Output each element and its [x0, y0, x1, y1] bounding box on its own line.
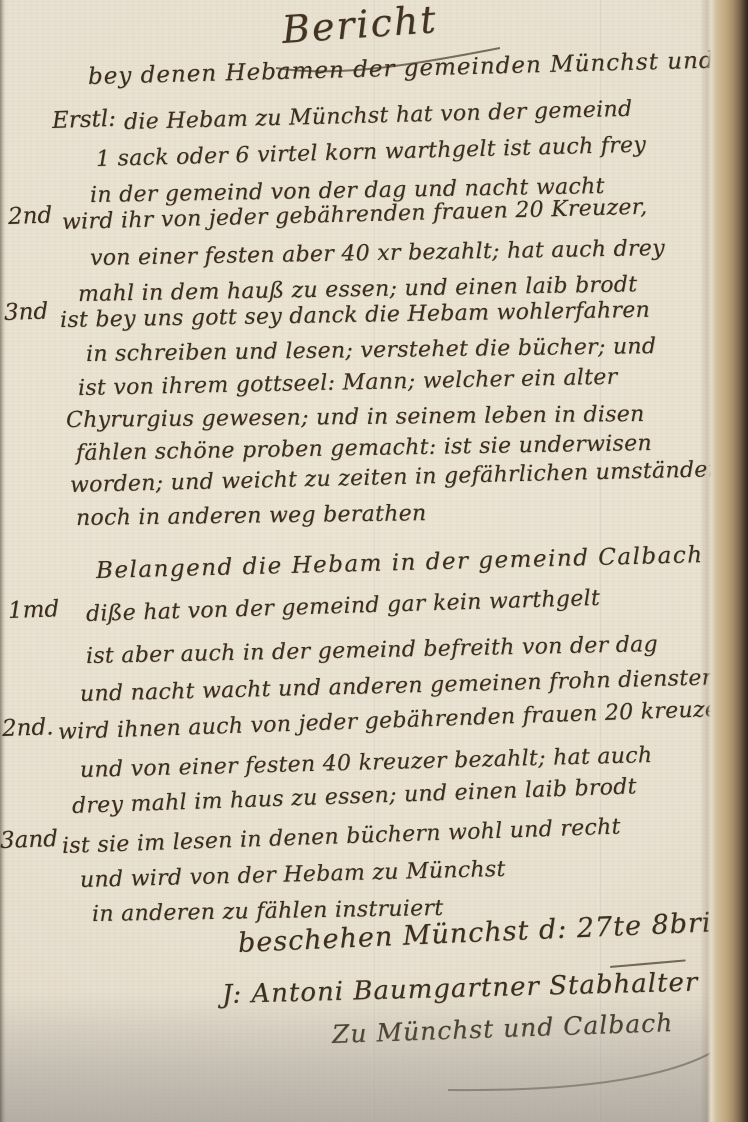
manuscript-line: ist aber auch in der gemeind befreith vo…	[86, 632, 658, 669]
margin-marker-tertio: 3nd	[4, 298, 49, 326]
manuscript-line: ist von ihrem gottseel: Mann; welcher ei…	[78, 365, 618, 401]
section-heading-calbach: Belangend die Hebam in der gemeind Calba…	[96, 542, 704, 584]
manuscript-line: von einer festen aber 40 xr bezahlt; hat…	[90, 236, 665, 271]
intro-line: bey denen Hebamen der gemeinden Münchst …	[88, 45, 748, 90]
book-page-edges	[700, 0, 748, 1122]
signature-name: J: Antoni Baumgartner Stabhalter	[222, 968, 699, 1010]
manuscript-line: und wird von der Hebam zu Münchst	[80, 857, 506, 893]
manuscript-line: Chyrurgius gewesen; und in seinem leben …	[66, 402, 645, 433]
signature-place: Zu Münchst und Calbach	[331, 1008, 673, 1049]
manuscript-line: diße hat von der gemeind gar kein warthg…	[86, 586, 601, 627]
manuscript-line: die Hebam zu Münchst hat von der gemeind	[124, 97, 633, 135]
manuscript-line: in schreiben und lesen; verstehet die bü…	[86, 334, 657, 367]
date-underline	[610, 959, 686, 968]
margin-marker-erstl: Erstl:	[52, 106, 117, 134]
margin-marker-secundo-2: 2nd.	[2, 714, 54, 742]
left-page-edge	[0, 0, 6, 1122]
manuscript-page: Bericht bey denen Hebamen der gemeinden …	[0, 0, 748, 1122]
margin-marker-tertio-2: 3and	[0, 826, 58, 854]
manuscript-line: ist sie im lesen in denen büchern wohl u…	[62, 814, 622, 858]
margin-marker-secundo: 2nd	[8, 202, 53, 230]
manuscript-line: 1 sack oder 6 virtel korn warthgelt ist …	[96, 133, 647, 172]
manuscript-line: noch in anderen weg berathen	[76, 501, 427, 531]
document-title: Bericht	[280, 0, 438, 52]
margin-marker-primo: 1md	[8, 596, 60, 624]
